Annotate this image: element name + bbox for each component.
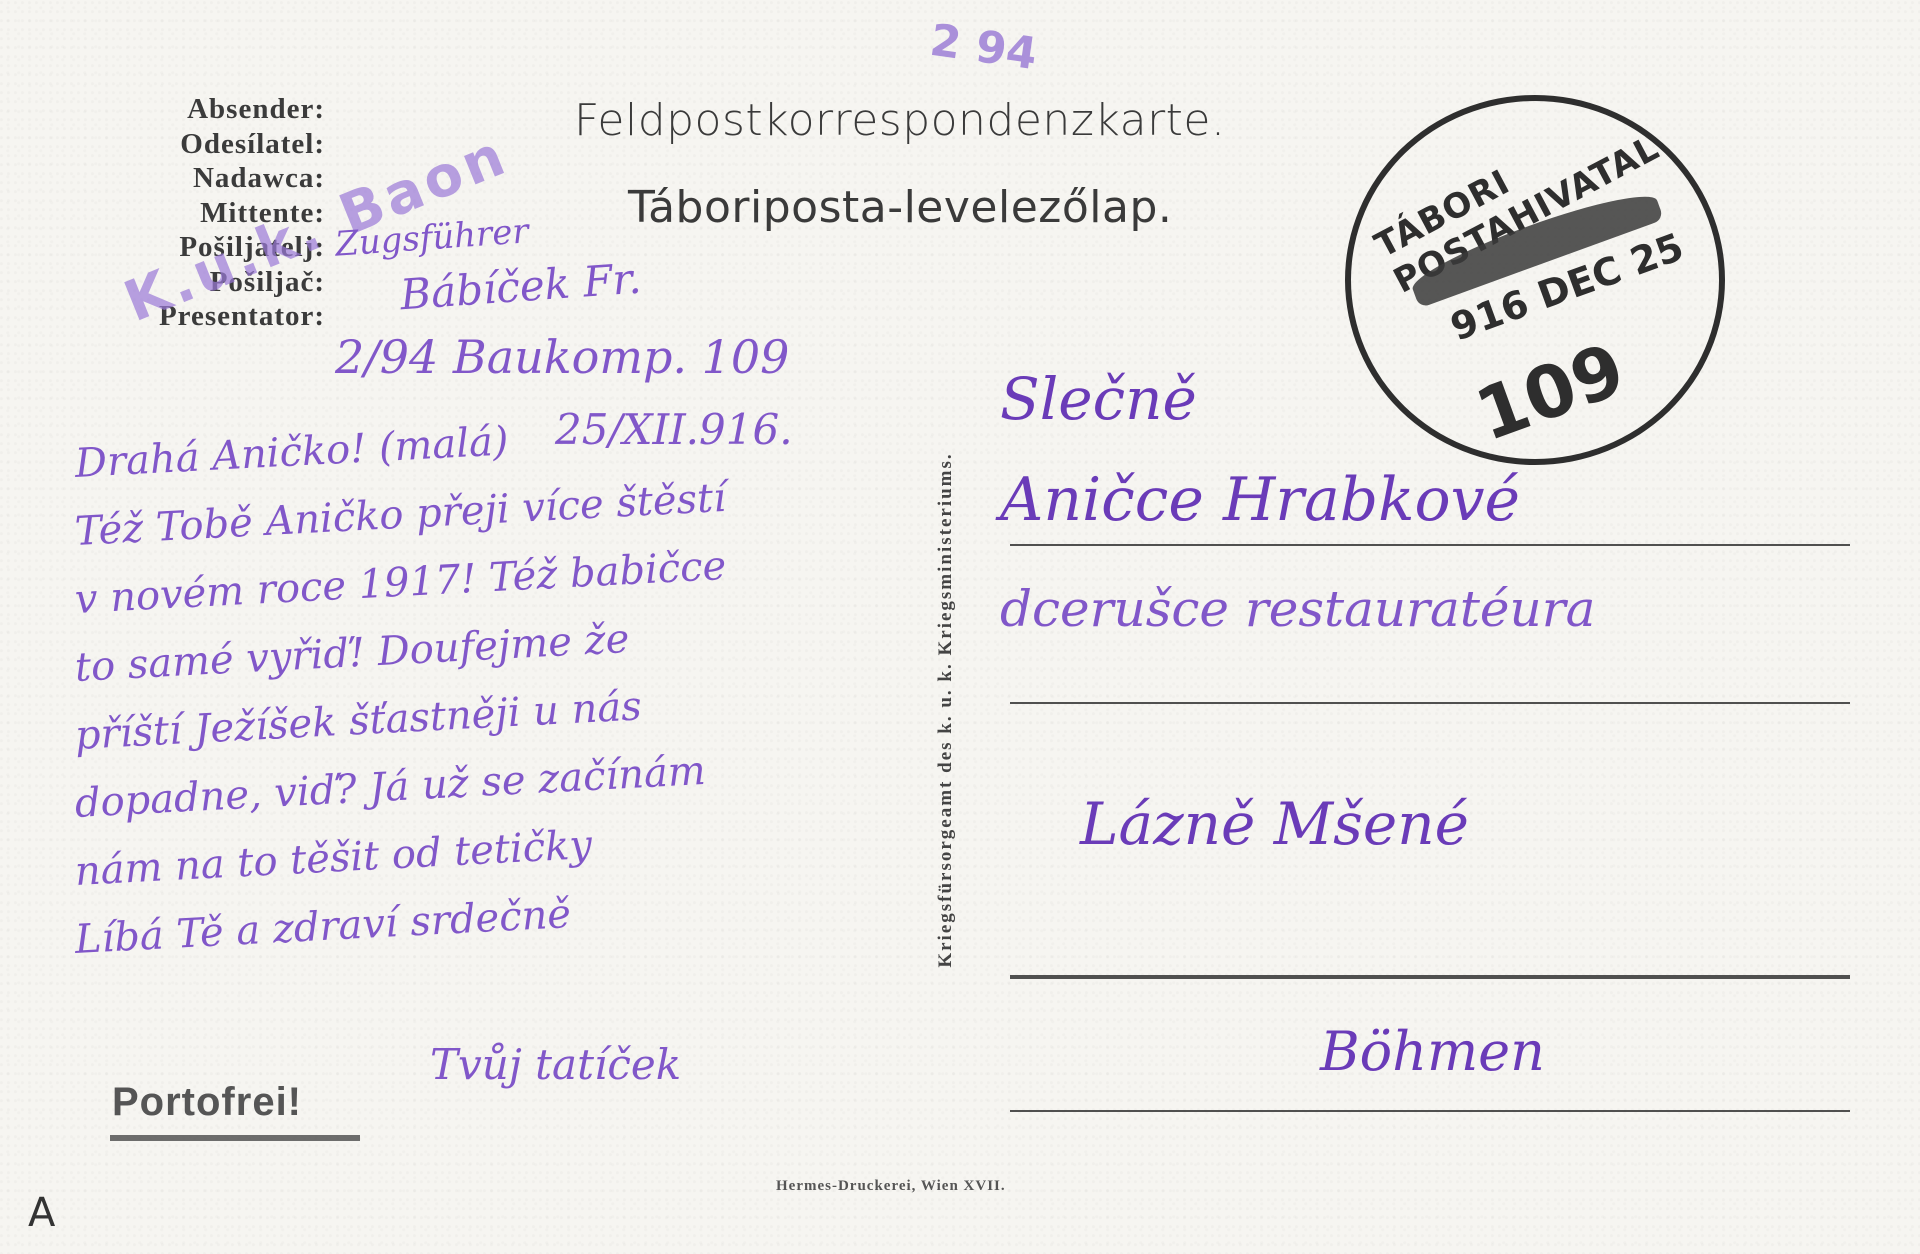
address-line <box>1010 975 1850 979</box>
address-line <box>1010 544 1850 546</box>
sender-label: Nadawca: <box>115 161 325 196</box>
postmark: TÁBORI POSTAHIVATAL 916 DEC 25 109 <box>1345 95 1745 465</box>
address-line2: dcerušce restauratéura <box>1000 580 1595 638</box>
vertical-imprint: Kriegsfürsorgeamt des k. u. k. Kriegsmin… <box>935 330 965 1090</box>
card-title-german: Feldpostkorrespondenzkarte. <box>574 95 1225 146</box>
vertical-imprint-text: Kriegsfürsorgeamt des k. u. k. Kriegsmin… <box>935 330 957 1090</box>
address-line <box>1010 1110 1850 1112</box>
corner-pencil-mark: A <box>28 1190 55 1236</box>
sender-label: Odesílatel: <box>115 127 325 162</box>
sender-name: Bábíček Fr. <box>399 254 643 320</box>
address-name: Aničce Hrabkové <box>1000 465 1520 535</box>
message-body: Drahá Aničko! (malá) Též Tobě Aničko pře… <box>75 430 727 974</box>
purple-numeral-stamp: 2 94 <box>927 15 1040 80</box>
printer-imprint: Hermes-Druckerei, Wien XVII. <box>776 1178 1006 1195</box>
address-region: Böhmen <box>1320 1020 1545 1083</box>
address-line <box>1010 702 1850 704</box>
address-town: Lázně Mšené <box>1080 790 1469 858</box>
postage-free-note: Portofrei! <box>112 1080 302 1125</box>
signature: Tvůj tatíček <box>430 1040 681 1089</box>
card-title-hungarian: Táboriposta-levelezőlap. <box>628 182 1172 233</box>
postage-underline <box>110 1135 360 1141</box>
sender-label: Absender: <box>115 92 325 127</box>
sender-unit: 2/94 Baukomp. 109 <box>335 330 789 384</box>
address-salutation: Slečně <box>1000 365 1197 433</box>
